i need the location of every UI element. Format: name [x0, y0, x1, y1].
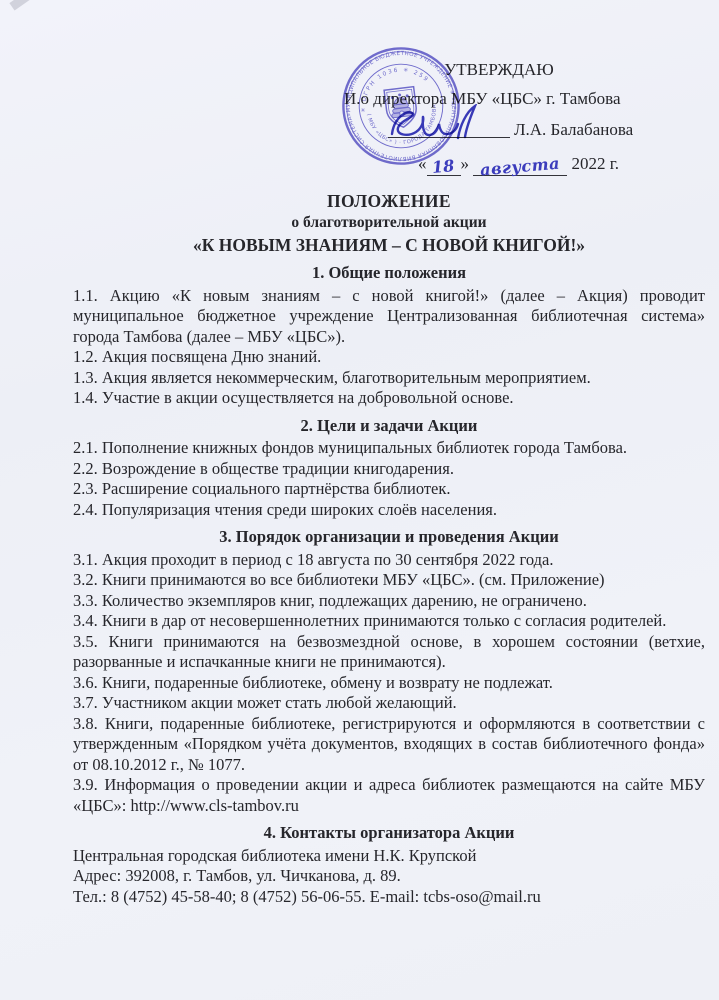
paragraph: 3.4. Книги в дар от несовершеннолетних п…: [73, 611, 705, 632]
paragraph: 3.2. Книги принимаются во все библиотеки…: [73, 570, 705, 591]
document-body: ПОЛОЖЕНИЕ о благотворительной акции «К Н…: [73, 190, 705, 907]
paragraph: 3.6. Книги, подаренные библиотеке, обмен…: [73, 673, 705, 694]
paragraph: 3.8. Книги, подаренные библиотеке, регис…: [73, 714, 705, 776]
paragraph: Тел.: 8 (4752) 45-58-40; 8 (4752) 56-06-…: [73, 887, 705, 908]
paragraph: 3.5. Книги принимаются на безвозмездной …: [73, 632, 705, 673]
paragraph: 1.3. Акция является некоммерческим, благ…: [73, 368, 705, 389]
date-year: 2022 г.: [572, 154, 620, 173]
paragraph: 2.1. Пополнение книжных фондов муниципал…: [73, 438, 705, 459]
sections: 1. Общие положения1.1. Акцию «К новым зн…: [73, 263, 705, 907]
section-heading: 2. Цели и задачи Акции: [73, 416, 705, 437]
paragraph: 3.9. Информация о проведении акции и адр…: [73, 775, 705, 816]
title-line-1: ПОЛОЖЕНИЕ: [73, 190, 705, 212]
paragraph: 1.1. Акцию «К новым знаниям – с новой кн…: [73, 286, 705, 348]
title-line-3: «К НОВЫМ ЗНАНИЯМ – С НОВОЙ КНИГОЙ!»: [73, 234, 705, 256]
paragraph: 1.2. Акция посвящена Дню знаний.: [73, 347, 705, 368]
section-heading: 4. Контакты организатора Акции: [73, 823, 705, 844]
paragraph: 3.7. Участником акции может стать любой …: [73, 693, 705, 714]
paragraph: 3.3. Количество экземпляров книг, подлеж…: [73, 591, 705, 612]
section: 2. Цели и задачи Акции2.1. Пополнение кн…: [73, 416, 705, 521]
handwritten-signature-icon: [378, 104, 530, 150]
section: 1. Общие положения1.1. Акцию «К новым зн…: [73, 263, 705, 409]
handwritten-month: августа: [480, 156, 561, 178]
scanned-document-page: УТВЕРЖДАЮ И.о директора МБУ «ЦБС» г. Там…: [0, 0, 719, 1000]
paragraph: 2.3. Расширение социального партнёрства …: [73, 479, 705, 500]
section: 4. Контакты организатора АкцииЦентральна…: [73, 823, 705, 907]
signatory-name: Л.А. Балабанова: [514, 120, 633, 139]
paragraph: 3.1. Акция проходит в период с 18 август…: [73, 550, 705, 571]
title-line-2: о благотворительной акции: [73, 212, 705, 234]
document-title: ПОЛОЖЕНИЕ о благотворительной акции «К Н…: [73, 190, 705, 256]
paragraph: Центральная городская библиотека имени Н…: [73, 846, 705, 867]
date-month-field: августа: [473, 159, 567, 176]
section-heading: 3. Порядок организации и проведения Акци…: [73, 527, 705, 548]
paragraph: 1.4. Участие в акции осуществляется на д…: [73, 388, 705, 409]
paragraph: 2.4. Популяризация чтения среди широких …: [73, 500, 705, 521]
paragraph: 2.2. Возрождение в обществе традиции кни…: [73, 459, 705, 480]
section-heading: 1. Общие положения: [73, 263, 705, 284]
section: 3. Порядок организации и проведения Акци…: [73, 527, 705, 816]
paragraph: Адрес: 392008, г. Тамбов, ул. Чичканова,…: [73, 866, 705, 887]
